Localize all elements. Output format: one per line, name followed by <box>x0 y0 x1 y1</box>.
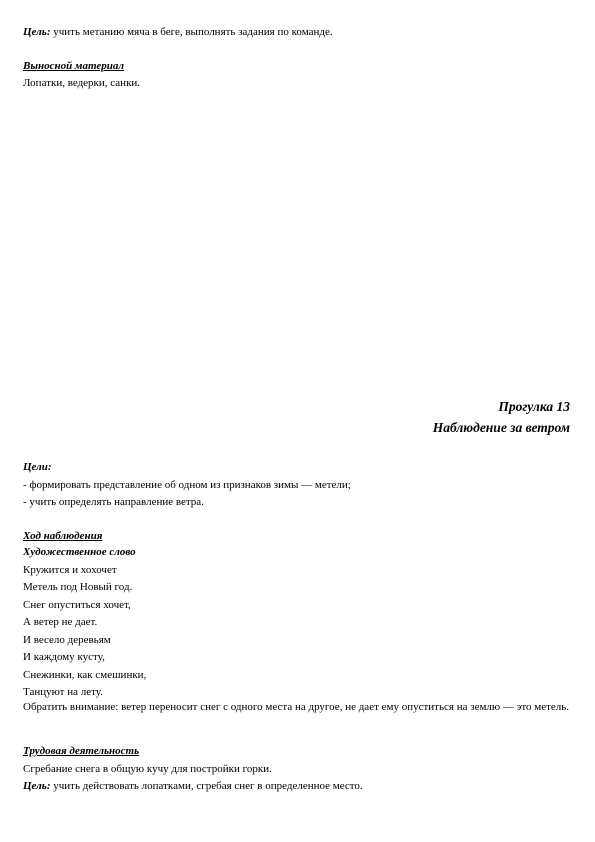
poem-line: Снег опуститься хочет, <box>23 598 131 612</box>
material-text: Лопатки, ведерки, санки. <box>23 76 140 90</box>
poem-line: Снежинки, как смешинки, <box>23 668 146 682</box>
poem-line: Танцуют на лету. <box>23 685 103 699</box>
goal-text: учить метанию мяча в беге, выполнять зад… <box>51 26 333 38</box>
labor-goal-text: учить действовать лопатками, сгребая сне… <box>51 780 363 792</box>
artistic-word-heading: Художественное слово <box>23 545 136 559</box>
goal-label: Цель: <box>23 26 51 38</box>
poem-line: И каждому кусту, <box>23 650 105 664</box>
poem-line: И весело деревьям <box>23 633 111 647</box>
material-heading: Выносной материал <box>23 59 124 73</box>
goals-heading: Цели: <box>23 460 52 474</box>
observation-heading: Ход наблюдения <box>23 529 102 543</box>
walk-subtitle: Наблюдение за ветром <box>433 420 570 436</box>
walk-title: Прогулка 13 <box>498 399 570 415</box>
poem-line: Кружится и хохочет <box>23 563 117 577</box>
labor-text: Сгребание снега в общую кучу для построй… <box>23 762 272 776</box>
poem-line: А ветер не дает. <box>23 615 97 629</box>
labor-heading: Трудовая деятельность <box>23 744 139 758</box>
goal-item: - учить определять направление ветра. <box>23 495 204 509</box>
goal-line: Цель: учить метанию мяча в беге, выполня… <box>23 25 333 39</box>
poem-line: Метель под Новый год. <box>23 580 132 594</box>
goal-item: - формировать представление об одном из … <box>23 478 351 492</box>
labor-goal-line: Цель: учить действовать лопатками, сгреб… <box>23 779 363 793</box>
labor-goal-label: Цель: <box>23 780 51 792</box>
observation-note: Обратить внимание: ветер переносит снег … <box>23 699 571 717</box>
